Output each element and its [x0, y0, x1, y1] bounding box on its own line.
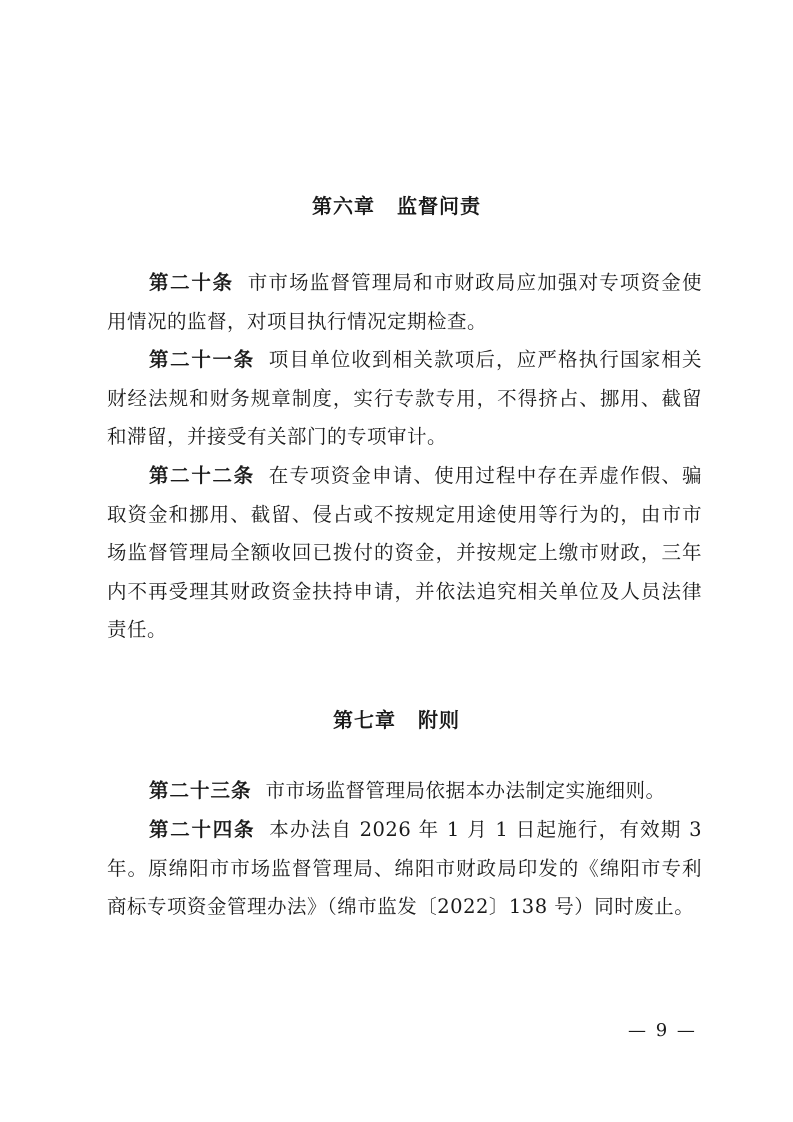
article-label: 第二十四条 [149, 818, 255, 841]
article-paragraph: 第二十条市市场监督管理局和市财政局应加强对专项资金使用情况的监督，对项目执行情况… [107, 264, 702, 341]
article-label: 第二十二条 [149, 464, 255, 487]
article-label: 第二十一条 [149, 348, 255, 371]
document-page: 第六章监督问责 第二十条市市场监督管理局和市财政局应加强对专项资金使用情况的监督… [0, 0, 793, 1122]
article-paragraph: 第二十二条在专项资金申请、使用过程中存在弄虚作假、骗取资金和挪用、截留、侵占或不… [107, 457, 702, 650]
chapter-heading: 第六章监督问责 [0, 190, 793, 219]
article-paragraph: 第二十四条本办法自 2026 年 1 月 1 日起施行，有效期 3 年。原绵阳市… [107, 811, 702, 927]
article-text: 在专项资金申请、使用过程中存在弄虚作假、骗取资金和挪用、截留、侵占或不按规定用途… [107, 464, 702, 641]
article-label: 第二十条 [149, 271, 234, 294]
chapter-number: 第六章 [312, 194, 375, 218]
article-paragraph: 第二十一条项目单位收到相关款项后，应严格执行国家相关财经法规和财务规章制度，实行… [107, 341, 702, 457]
article-label: 第二十三条 [149, 779, 252, 802]
chapter-title: 监督问责 [397, 194, 481, 218]
article-paragraph: 第二十三条市市场监督管理局依据本办法制定实施细则。 [107, 772, 702, 811]
chapter-number: 第七章 [333, 708, 396, 732]
chapter-heading: 第七章附则 [0, 704, 793, 733]
page-number: — 9 — [628, 1020, 697, 1041]
chapter-title: 附则 [418, 708, 460, 732]
article-text: 市市场监督管理局依据本办法制定实施细则。 [266, 779, 666, 802]
